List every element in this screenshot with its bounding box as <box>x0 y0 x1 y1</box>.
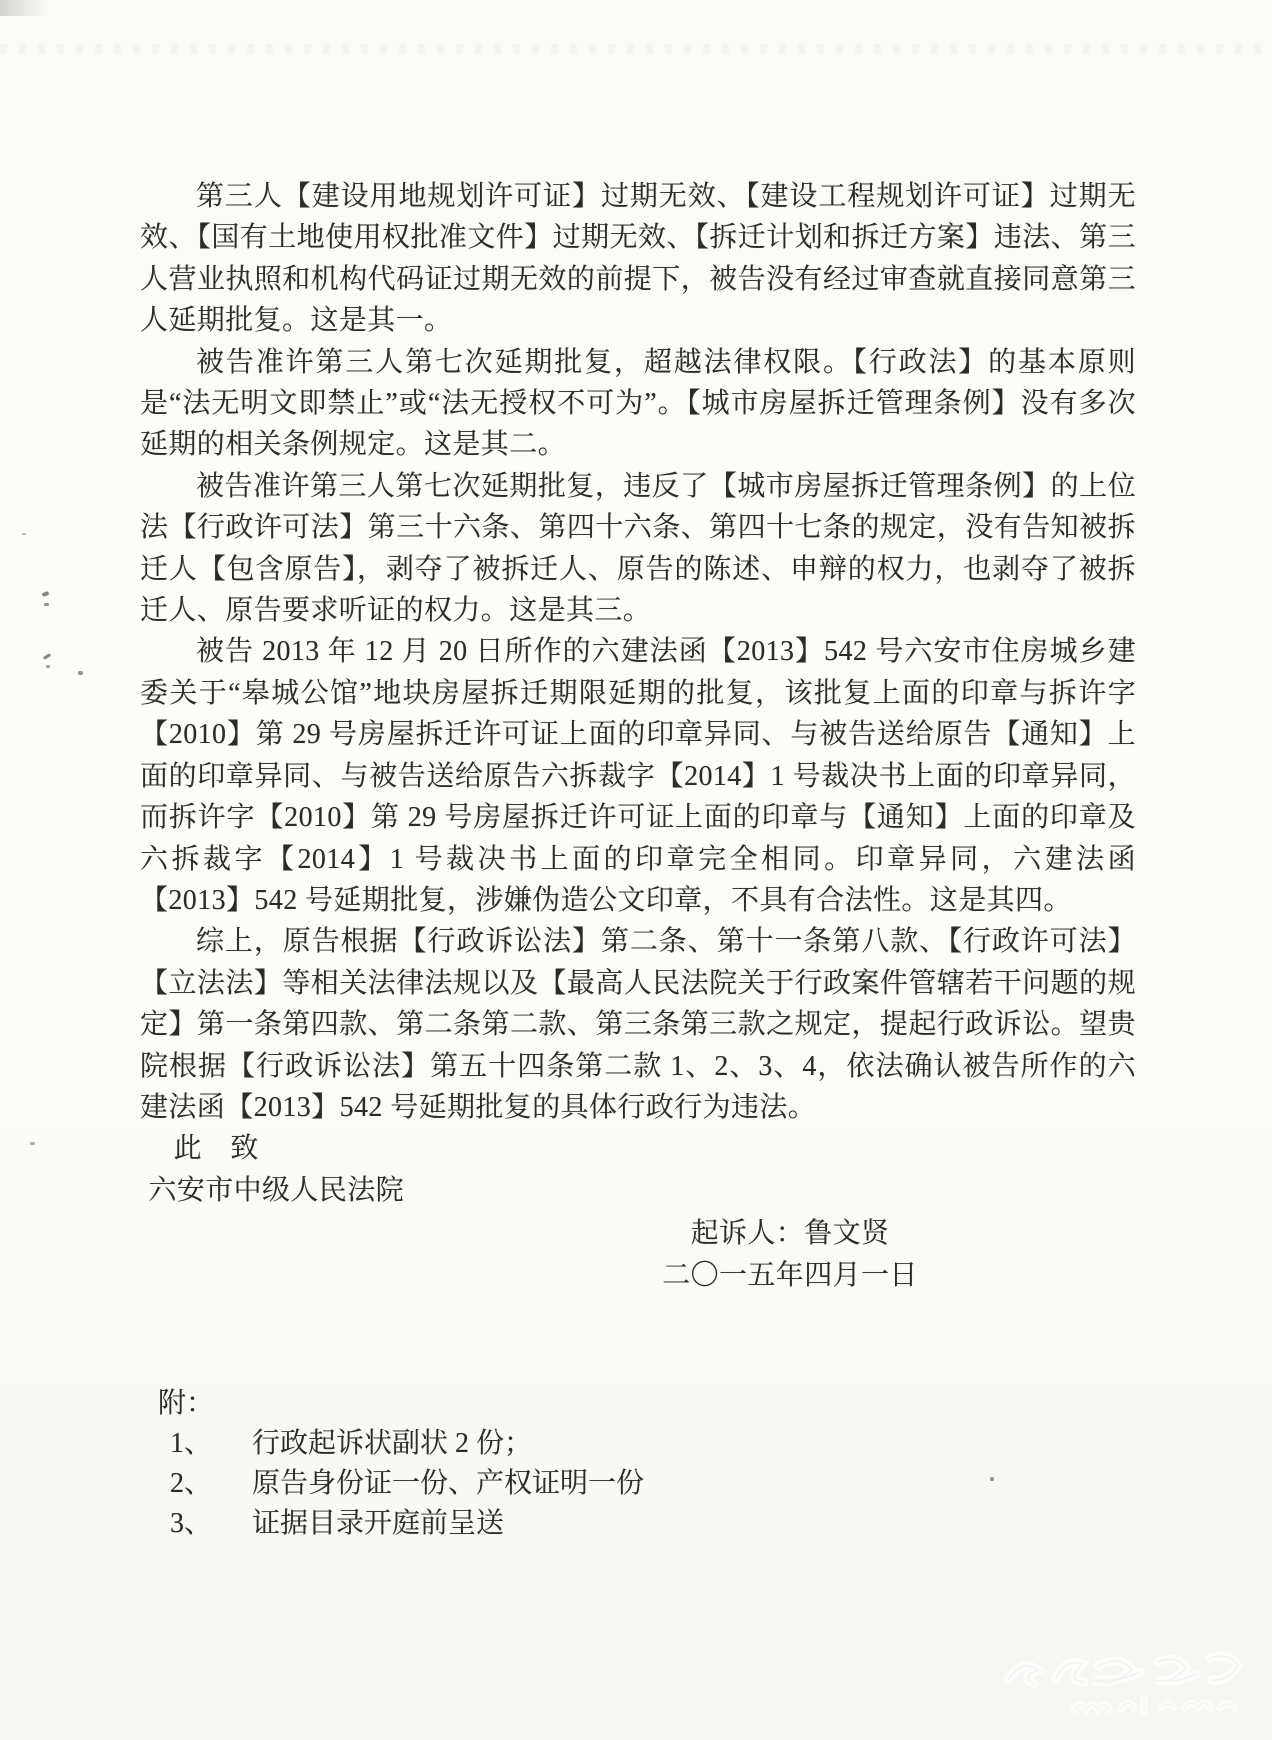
attachment-number: 1、 <box>170 1424 252 1464</box>
attachments-section: 附： 1、 行政起诉状副状 2 份； 2、 原告身份证一份、产权证明一份 3、 … <box>158 1384 644 1544</box>
paragraph-5: 综上，原告根据【行政诉讼法】第二条、第十一条第八款、【行政许可法】【立法法】等相… <box>140 921 1136 1128</box>
attachment-item: 1、 行政起诉状副状 2 份； <box>158 1424 644 1464</box>
paragraph-2: 被告准许第三人第七次延期批复，超越法律权限。【行政法】的基本原则是“法无明文即禁… <box>140 342 1136 466</box>
attachment-text: 行政起诉状副状 2 份； <box>252 1424 532 1464</box>
salutation: 此 致 <box>140 1128 1136 1169</box>
attachments-title: 附： <box>158 1384 644 1424</box>
ink-speck <box>43 653 51 660</box>
site-watermark <box>978 1628 1268 1728</box>
plaintiff-signature: 起诉人：鲁文贤 <box>570 1213 1010 1254</box>
legal-document-page: 第三人【建设用地规划许可证】过期无效、【建设工程规划许可证】过期无效、【国有土地… <box>0 0 1272 1740</box>
paragraph-3: 被告准许第三人第七次延期批复，违反了【城市房屋拆迁管理条例】的上位法【行政许可法… <box>140 466 1136 632</box>
paragraph-1: 第三人【建设用地规划许可证】过期无效、【建设工程规划许可证】过期无效、【国有土地… <box>140 176 1136 342</box>
ink-speck <box>44 603 49 606</box>
signature-block: 起诉人：鲁文贤 二〇一五年四月一日 <box>570 1213 1010 1296</box>
ink-speck <box>990 1477 994 1481</box>
ink-speck <box>22 533 26 535</box>
ink-speck <box>30 1142 35 1145</box>
signature-date: 二〇一五年四月一日 <box>570 1255 1010 1296</box>
ink-speck <box>78 671 83 675</box>
attachment-number: 2、 <box>170 1464 252 1504</box>
paragraph-4: 被告 2013 年 12 月 20 日所作的六建法函【2013】542 号六安市… <box>140 631 1136 921</box>
attachment-item: 2、 原告身份证一份、产权证明一份 <box>158 1464 644 1504</box>
scan-smudge <box>0 0 48 16</box>
attachment-text: 原告身份证一份、产权证明一份 <box>252 1464 644 1504</box>
court-name: 六安市中级人民法院 <box>140 1170 1136 1211</box>
attachment-number: 3、 <box>170 1504 252 1544</box>
ink-speck <box>46 665 50 668</box>
document-body: 第三人【建设用地规划许可证】过期无效、【建设工程规划许可证】过期无效、【国有土地… <box>140 176 1136 1296</box>
attachment-item: 3、 证据目录开庭前呈送 <box>158 1504 644 1544</box>
attachment-text: 证据目录开庭前呈送 <box>252 1504 504 1544</box>
ink-speck <box>42 591 50 597</box>
